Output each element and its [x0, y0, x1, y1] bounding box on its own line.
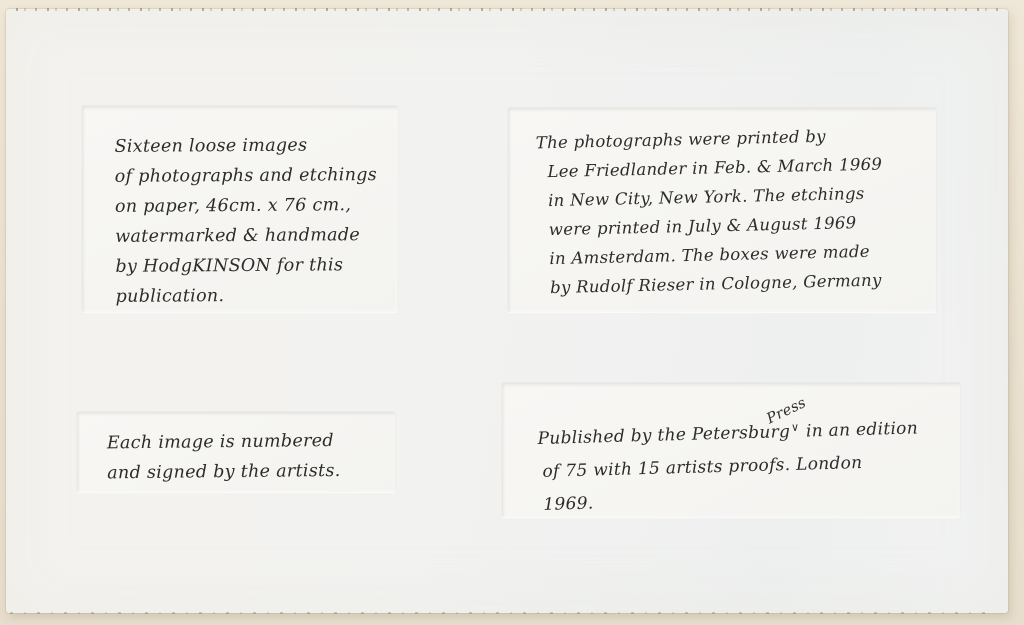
plate-panel-publisher: Published by the Petersburg∨Press in an …: [502, 383, 960, 517]
plate-panel-materials: Sixteen loose images of photographs and …: [82, 106, 398, 312]
handwritten-line: on paper, 46cm. x 76 cm.,: [115, 190, 388, 222]
handwritten-line: and signed by the artists.: [107, 455, 387, 488]
handwritten-line: watermarked & handmade: [115, 220, 388, 252]
handwritten-text-numbering: Each image is numbered and signed by the…: [77, 410, 396, 488]
handwritten-text-publisher: Published by the Petersburg∨Press in an …: [502, 370, 964, 523]
handwritten-line: publication.: [116, 280, 389, 312]
deckled-edge-top: [16, 8, 1002, 11]
plate-panel-printing: The photographs were printed by Lee Frie…: [508, 108, 936, 312]
handwritten-line: Each image is numbered: [107, 425, 387, 458]
handwritten-line: of photographs and etchings: [115, 160, 388, 192]
handwritten-line: by HodgKINSON for this: [115, 250, 388, 282]
handwritten-line: Sixteen loose images: [114, 130, 387, 162]
deckled-edge-bottom: [10, 612, 988, 614]
handwritten-text-printing: The photographs were printed by Lee Frie…: [508, 98, 940, 303]
handwritten-text-materials: Sixteen loose images of photographs and …: [81, 105, 398, 312]
line-segment: in an edition: [806, 418, 919, 441]
paper-sheet: Sixteen loose images of photographs and …: [6, 9, 1008, 613]
plate-panel-numbering: Each image is numbered and signed by the…: [77, 412, 395, 492]
line-segment: Published by the Petersburg: [537, 422, 790, 449]
colophon-photograph: Sixteen loose images of photographs and …: [0, 0, 1024, 625]
